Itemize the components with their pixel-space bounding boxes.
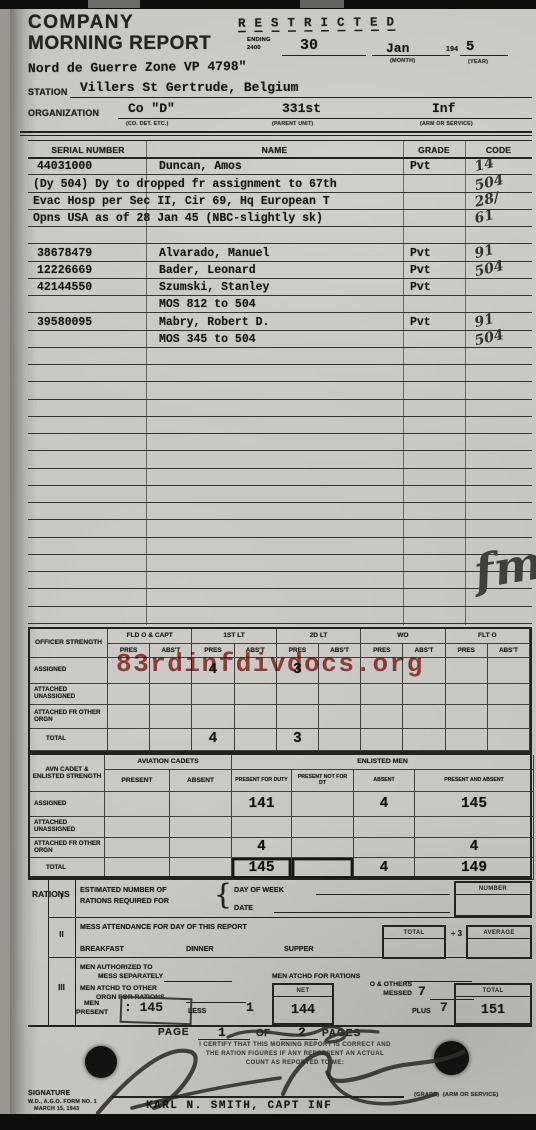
enlisted-column-header: PRESENT NOT FOR DT — [292, 770, 354, 792]
roster-grade — [403, 555, 465, 571]
officer-row-label: ATTACHED UNASSIGNED — [30, 684, 108, 705]
enlisted-strength-cell: 145 — [415, 792, 534, 817]
enlisted-strength-cell — [105, 858, 170, 880]
divide-by-three: ÷ 3 — [451, 929, 462, 939]
roster-grade — [403, 175, 465, 191]
form-title-line2: MORNING REPORT — [28, 33, 211, 55]
men-present-line1: MEN — [84, 1000, 99, 1007]
roster-grade — [403, 331, 465, 347]
enlisted-strength-cell — [292, 838, 354, 858]
roster-grade — [403, 607, 465, 623]
officer-group-header: WO — [361, 629, 445, 644]
roster-code-handwriting: 504 — [474, 173, 505, 192]
roster-row — [28, 365, 532, 382]
enlisted-strength-cell — [354, 838, 415, 858]
enlisted-strength-cell — [105, 838, 170, 858]
roster-grade — [403, 400, 465, 416]
ending-label: ENDING — [247, 37, 271, 43]
officer-strength-cell — [403, 729, 445, 751]
officer-group-header: FLT O — [446, 629, 530, 644]
roster-code-handwriting: 91 — [474, 244, 496, 261]
roster-name — [146, 486, 403, 502]
roster-name — [146, 503, 403, 519]
less-value: 1 — [246, 1000, 254, 1015]
enlisted-strength-cell — [415, 817, 534, 838]
roster-row — [28, 227, 532, 244]
roster-row — [28, 607, 532, 624]
atchd-for-rations-blank — [404, 981, 472, 982]
roster-code-cell — [465, 434, 532, 450]
mess-total-box-label: TOTAL — [384, 927, 444, 939]
rations-numeral-1: I — [48, 892, 75, 901]
officer-sub-header: PRES — [446, 644, 488, 658]
rations-number-box: NUMBER — [454, 881, 532, 917]
roster-serial: 44031000 — [28, 158, 146, 174]
less-label: LESS — [188, 1008, 206, 1015]
roster-col-divider — [465, 140, 466, 625]
roster-code-handwriting: 504 — [474, 260, 505, 279]
roster-code-cell — [465, 296, 532, 312]
org-arm-value: Inf — [432, 101, 455, 116]
org-arm-sub-label: (ARM OR SERVICE) — [420, 121, 473, 127]
station-underline — [70, 97, 532, 98]
officer-group-header: 1ST LT — [192, 629, 276, 644]
roster-row: 38678479Alvarado, ManuelPvt91 — [28, 244, 532, 261]
roster-code-handwriting: 91 — [474, 313, 496, 330]
officer-strength-cell — [361, 729, 403, 751]
roster-header-name: NAME — [146, 145, 403, 155]
scan-top-patch — [300, 0, 344, 8]
enlisted-strength-cell — [232, 817, 292, 838]
enlisted-strength-cell: 149 — [415, 858, 534, 880]
enlisted-strength-cell: 141 — [232, 792, 292, 817]
mess-attendance-title: MESS ATTENDANCE FOR DAY OF THIS REPORT — [80, 922, 247, 931]
officer-strength-cell — [277, 705, 319, 729]
roster-grade: Pvt — [403, 244, 465, 260]
roster-serial — [28, 434, 146, 450]
enlisted-strength-table: AVN CADET & ENLISTED STRENGTHAVIATION CA… — [28, 753, 532, 878]
roster-row — [28, 572, 532, 589]
enlisted-column-header: ABSENT — [354, 770, 415, 792]
roster-col-divider — [403, 140, 404, 625]
roster-serial — [28, 503, 146, 519]
roster-row — [28, 589, 532, 606]
roster-row — [28, 520, 532, 537]
roster-code-cell — [465, 451, 532, 467]
roster-serial — [28, 417, 146, 433]
enlisted-strength-cell: 4 — [232, 838, 292, 858]
officer-sub-header: ABS'T — [488, 644, 530, 658]
mess-average-box: AVERAGE — [466, 925, 532, 959]
roster-body: 44031000Duncan, AmosPvt14(Dy 504) Dy to … — [28, 158, 532, 624]
roster-code-cell — [465, 279, 532, 295]
officer-strength-cell — [235, 705, 277, 729]
roster-name: Szumski, Stanley — [146, 279, 403, 295]
roster-grade: Pvt — [403, 158, 465, 174]
signed-name-typed: KARL N. SMITH, CAPT INF — [146, 1100, 332, 1112]
roster-grade — [403, 486, 465, 502]
roster-name — [146, 434, 403, 450]
roster-code-cell — [465, 417, 532, 433]
atchd-for-rations-label: MEN ATCHD FOR RATIONS — [272, 973, 360, 980]
breakfast-label: BREAKFAST — [80, 944, 124, 953]
mess-average-box-label: AVERAGE — [468, 927, 530, 939]
officer-strength-cell — [108, 705, 150, 729]
rations-row-line — [48, 917, 532, 918]
roster-name: Duncan, Amos — [146, 158, 403, 174]
roster-grade — [403, 520, 465, 536]
officer-strength-cell — [108, 684, 150, 705]
scan-top-bar — [0, 0, 536, 9]
officer-strength-cell — [446, 729, 488, 751]
header-rule — [20, 131, 532, 133]
roster-name — [146, 400, 403, 416]
roster-serial — [28, 348, 146, 364]
enlisted-strength-cell — [292, 792, 354, 817]
officer-strength-title: OFFICER STRENGTH — [30, 629, 108, 658]
report-month-value: Jan — [386, 41, 409, 56]
officer-strength-cell — [319, 684, 361, 705]
enlisted-strength-cell — [170, 838, 232, 858]
station-value: Villers St Gertrude, Belgium — [80, 80, 298, 95]
officer-strength-cell — [488, 658, 530, 684]
roster-code-cell — [465, 503, 532, 519]
rations-col-line — [48, 880, 49, 1025]
roster-grade — [403, 434, 465, 450]
others-messed-value: 7 — [418, 984, 426, 999]
roster-serial — [28, 486, 146, 502]
date-blank — [274, 912, 450, 913]
grade-arm-sub-label: (GRADE) (ARM OR SERVICE) — [414, 1092, 498, 1098]
station-label: STATION — [28, 87, 68, 97]
classification-stamp: RESTRICTED — [238, 15, 403, 32]
form-number: W.D., A.G.O. FORM NO. 1 — [28, 1099, 97, 1105]
officer-group-header: FLD O & CAPT — [108, 629, 192, 644]
roster-row: MOS 812 to 504 — [28, 296, 532, 313]
enlisted-column-header: ABSENT — [170, 770, 232, 792]
roster-serial — [28, 538, 146, 554]
roster-name — [146, 365, 403, 381]
roster-row — [28, 434, 532, 451]
header-rule-2 — [20, 135, 532, 136]
plus-value: 7 — [440, 1000, 448, 1015]
roster-grade — [403, 227, 465, 243]
atchd-other-blank — [186, 1002, 246, 1003]
roster-code-handwriting: 14 — [474, 157, 496, 174]
roster-code-cell — [465, 400, 532, 416]
brace-glyph: { — [214, 878, 232, 911]
officer-strength-cell — [150, 684, 192, 705]
roster-grade — [403, 210, 465, 226]
atchd-other-line1: MEN ATCHD TO OTHER — [80, 985, 157, 992]
roster-name: MOS 812 to 504 — [146, 296, 403, 312]
roster-code-handwriting: 504 — [474, 329, 505, 348]
roster-row — [28, 538, 532, 555]
enlisted-row-label: TOTAL — [30, 858, 105, 880]
roster-grade — [403, 382, 465, 398]
officer-strength-cell — [192, 684, 234, 705]
enlisted-strength-cell: 4 — [354, 792, 415, 817]
roster-code-cell: 504 — [465, 262, 532, 278]
roster-code-cell — [465, 382, 532, 398]
officer-strength-cell — [192, 705, 234, 729]
org-unit-value: Co "D" — [128, 101, 175, 116]
roster-remark: (Dy 504) Dy to dropped fr assignment to … — [28, 175, 403, 191]
scanned-morning-report: COMPANY MORNING REPORT RESTRICTED ENDING… — [0, 0, 536, 1130]
organization-underline — [118, 118, 532, 119]
roster-row: 12226669Bader, LeonardPvt504 — [28, 262, 532, 279]
officer-group-header: 2D LT — [277, 629, 361, 644]
form-title-line1: COMPANY — [28, 12, 134, 34]
roster-grade — [403, 589, 465, 605]
roster-row: MOS 345 to 504504 — [28, 331, 532, 348]
enlisted-strength-cell — [354, 817, 415, 838]
enlisted-strength-cell — [105, 817, 170, 838]
rations-section: RATIONS I II III ESTIMATED NUMBER OF RAT… — [28, 878, 532, 1027]
enlisted-column-header: PRESENT — [105, 770, 170, 792]
report-year-value: 5 — [466, 39, 474, 55]
roster-name — [146, 520, 403, 536]
roster-serial — [28, 365, 146, 381]
roster-remark: Evac Hosp per Sec II, Cir 69, Hq Europea… — [28, 193, 403, 209]
roster-code-cell: 28/ — [465, 193, 532, 209]
roster-serial: 12226669 — [28, 262, 146, 278]
roster-grade: Pvt — [403, 279, 465, 295]
scan-top-patch — [88, 0, 140, 8]
officer-strength-cell — [361, 684, 403, 705]
enlisted-strength-cell: 4 — [354, 858, 415, 880]
roster-serial — [28, 227, 146, 243]
officer-strength-cell — [150, 705, 192, 729]
roster-grade — [403, 296, 465, 312]
roster-name — [146, 589, 403, 605]
mess-total-box: TOTAL — [382, 925, 446, 959]
roster-name — [146, 607, 403, 623]
roster-grade — [403, 193, 465, 209]
roster-serial — [28, 572, 146, 588]
officer-strength-cell — [277, 684, 319, 705]
roster-code-cell: 61 — [465, 210, 532, 226]
roster-serial — [28, 400, 146, 416]
plus-label: PLUS — [412, 1008, 431, 1015]
roster-code-cell: 504 — [465, 331, 532, 347]
rations-side-label: RATIONS — [32, 886, 42, 904]
roster-grade — [403, 417, 465, 433]
roster-serial — [28, 520, 146, 536]
roster-serial: 38678479 — [28, 244, 146, 260]
officer-strength-cell — [488, 729, 530, 751]
enlisted-strength-cell: 4 — [415, 838, 534, 858]
website-watermark: 83rdinfdivdocs.org — [116, 649, 424, 679]
officer-strength-cell — [488, 705, 530, 729]
roster-code-cell — [465, 520, 532, 536]
officer-strength-cell — [235, 729, 277, 751]
rations-col-line — [75, 880, 76, 1025]
mess-separately-line2: MESS SEPARATELY — [98, 973, 163, 980]
roster-header-code: CODE — [465, 145, 532, 155]
roster-code-cell — [465, 486, 532, 502]
signature-label: SIGNATURE — [28, 1090, 71, 1097]
org-unit-sub-label: (CO. DET. ETC.) — [126, 121, 168, 127]
month-underline — [372, 55, 450, 56]
enlisted-strength-cell: 145 — [232, 858, 292, 880]
officer-row-label: ATTACHED FR OTHER ORGN — [30, 705, 108, 729]
roster-row — [28, 348, 532, 365]
roster-remark: Opns USA as of 28 Jan 45 (NBC-slightly s… — [28, 210, 403, 226]
enlisted-strength-cell — [170, 858, 232, 880]
month-sub-label: (MONTH) — [390, 58, 415, 64]
roster-name — [146, 538, 403, 554]
roster-grade: Pvt — [403, 313, 465, 329]
roster-name: Alvarado, Manuel — [146, 244, 403, 260]
officer-strength-cell — [403, 684, 445, 705]
enlisted-strength-cell — [170, 817, 232, 838]
officer-strength-cell — [361, 705, 403, 729]
enlisted-column-header: PRESENT AND ABSENT — [415, 770, 534, 792]
roster-name — [146, 348, 403, 364]
rations-row-line — [48, 957, 532, 958]
roster-grade — [403, 365, 465, 381]
enlisted-strength-cell — [105, 792, 170, 817]
roster-grade: Pvt — [403, 262, 465, 278]
organization-label: ORGANIZATION — [28, 108, 99, 118]
enlisted-strength-cell — [292, 817, 354, 838]
enlisted-strength-cell — [292, 858, 354, 880]
roster-top-line — [28, 140, 532, 141]
margin-initials-handwriting: fm — [470, 535, 536, 599]
form-date: MARCH 15, 1943 — [34, 1106, 79, 1112]
officer-strength-cell — [446, 658, 488, 684]
supper-label: SUPPER — [284, 944, 314, 953]
org-parent-sub-label: (PARENT UNIT) — [272, 121, 313, 127]
roster-name — [146, 555, 403, 571]
roster-name — [146, 572, 403, 588]
roster-code-cell — [465, 227, 532, 243]
roster-row — [28, 486, 532, 503]
roster-serial: 39580095 — [28, 313, 146, 329]
roster-name: MOS 345 to 504 — [146, 331, 403, 347]
officer-strength-cell — [150, 729, 192, 751]
estimated-rations-line2: RATIONS REQUIRED FOR — [80, 896, 169, 905]
roster-serial — [28, 331, 146, 347]
day-underline — [282, 55, 366, 56]
roster-grade — [403, 503, 465, 519]
officer-strength-cell — [319, 705, 361, 729]
roster-name — [146, 227, 403, 243]
roster-row: (Dy 504) Dy to dropped fr assignment to … — [28, 175, 532, 192]
roster-grade — [403, 469, 465, 485]
roster-grade — [403, 572, 465, 588]
roster-code-handwriting: 28/ — [474, 191, 501, 209]
dinner-label: DINNER — [186, 944, 214, 953]
roster-code-handwriting: 61 — [474, 209, 496, 226]
enlisted-row-label: ATTACHED FR OTHER ORGN — [30, 838, 105, 858]
year-underline — [460, 55, 508, 56]
roster-row — [28, 417, 532, 434]
roster-serial — [28, 469, 146, 485]
roster-row: Opns USA as of 28 Jan 45 (NBC-slightly s… — [28, 210, 532, 227]
roster-serial — [28, 451, 146, 467]
roster-row: 42144550Szumski, StanleyPvt — [28, 279, 532, 296]
roster-name — [146, 451, 403, 467]
roster-header-serial: SERIAL NUMBER — [30, 145, 146, 155]
officer-strength-cell — [235, 684, 277, 705]
day-of-week-label: DAY OF WEEK — [234, 885, 284, 894]
enlisted-column-header: PRESENT FOR DUTY — [232, 770, 292, 792]
enlisted-row-label: ATTACHED UNASSIGNED — [30, 817, 105, 838]
roster-serial — [28, 607, 146, 623]
roster-row: 44031000Duncan, AmosPvt14 — [28, 158, 532, 175]
roster-code-cell — [465, 348, 532, 364]
roster-row — [28, 503, 532, 520]
roster-name: Mabry, Robert D. — [146, 313, 403, 329]
officer-row-label: ASSIGNED — [30, 658, 108, 684]
enlisted-strength-cell — [170, 792, 232, 817]
roster-row — [28, 555, 532, 572]
officer-strength-cell — [446, 705, 488, 729]
rations-total-box-label: TOTAL — [456, 985, 530, 997]
roster-name — [146, 382, 403, 398]
enlisted-strength-title: AVN CADET & ENLISTED STRENGTH — [30, 755, 105, 792]
roster-code-cell — [465, 607, 532, 623]
roster-row — [28, 451, 532, 468]
year-prefix: 194 — [446, 46, 458, 53]
others-messed-line2: MESSED — [328, 990, 412, 997]
officer-row-label: TOTAL — [30, 729, 108, 751]
officer-strength-cell — [108, 729, 150, 751]
enlisted-men-group-header: ENLISTED MEN — [232, 755, 534, 770]
estimated-rations-line1: ESTIMATED NUMBER OF — [80, 885, 167, 894]
roster-row — [28, 469, 532, 486]
roster-col-divider — [146, 140, 147, 625]
enlisted-row-label: ASSIGNED — [30, 792, 105, 817]
officer-strength-cell — [446, 684, 488, 705]
roster-serial: 42144550 — [28, 279, 146, 295]
rations-numeral-2: II — [48, 930, 75, 939]
others-messed-line1: O & OTHERS — [328, 981, 412, 988]
roster-code-cell — [465, 469, 532, 485]
roster-grade — [403, 451, 465, 467]
day-of-week-blank — [316, 894, 450, 895]
officer-strength-table: OFFICER STRENGTHFLD O & CAPT1ST LT2D LTW… — [28, 627, 532, 753]
mess-separately-blank — [164, 981, 232, 982]
officer-strength-cell — [319, 729, 361, 751]
roster-code-cell: 504 — [465, 175, 532, 191]
roster-header-grade: GRADE — [403, 145, 465, 155]
ending-time: 2400 — [247, 45, 261, 51]
roster-row — [28, 382, 532, 399]
roster-serial — [28, 296, 146, 312]
org-parent-value: 331st — [282, 101, 321, 116]
rations-numeral-3: III — [48, 983, 75, 992]
rations-number-box-label: NUMBER — [456, 883, 530, 895]
mess-separately-line1: MEN AUTHORIZED TO — [80, 964, 153, 971]
signature-line — [112, 1096, 404, 1098]
net-box-label: NET — [274, 985, 332, 997]
date-label: DATE — [234, 903, 253, 912]
officer-strength-cell: 4 — [192, 729, 234, 751]
aviation-cadets-group-header: AVIATION CADETS — [105, 755, 232, 770]
roster-grade — [403, 538, 465, 554]
roster-name — [146, 417, 403, 433]
roster-name — [146, 469, 403, 485]
roster-row — [28, 400, 532, 417]
report-day-value: 30 — [300, 37, 318, 54]
roster-row: 39580095Mabry, Robert D.Pvt91 — [28, 313, 532, 330]
roster-row: Evac Hosp per Sec II, Cir 69, Hq Europea… — [28, 193, 532, 210]
zone-line: Nord de Guerre Zone VP 4798" — [28, 59, 247, 76]
officer-strength-cell: 3 — [277, 729, 319, 751]
